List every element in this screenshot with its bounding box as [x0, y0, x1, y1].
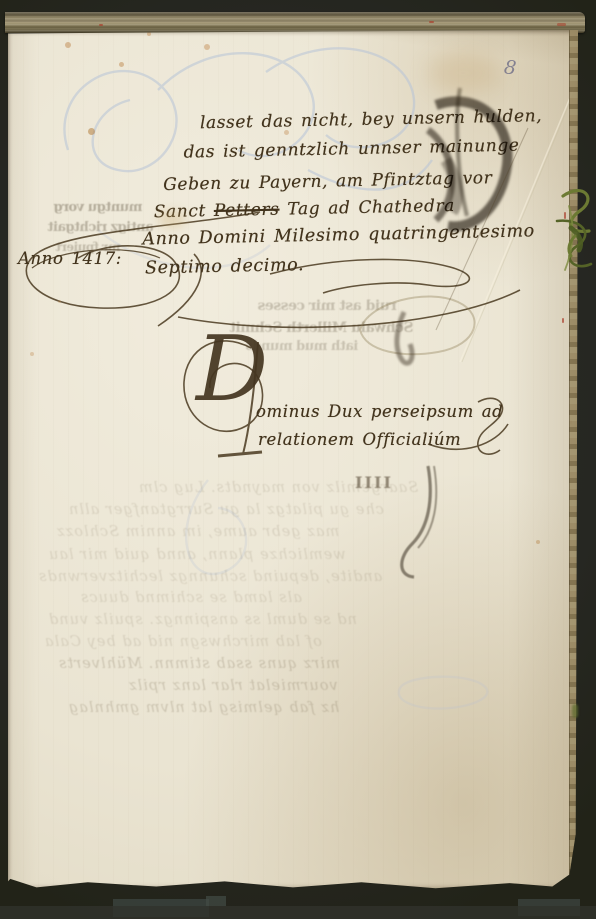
foxing-spot: [65, 42, 71, 48]
paper-stain: [428, 52, 498, 94]
book-top-edge: [5, 12, 585, 33]
foxing-spot: [284, 130, 289, 135]
foxing-spot: [88, 128, 95, 135]
scan-artifact: [0, 906, 596, 919]
ribbon-fray: [572, 704, 578, 718]
red-edge-speck: [562, 318, 564, 323]
foxing-spot: [147, 32, 151, 36]
ink-smudge: [8, 30, 578, 890]
page-number: 8: [503, 56, 518, 79]
foxing-spot: [204, 44, 210, 50]
page-edges-texture: [5, 12, 585, 33]
foxing-spot: [536, 540, 540, 544]
page-fore-edge: [569, 30, 578, 890]
red-edge-speck: [557, 23, 566, 26]
paper-stain: [158, 210, 186, 228]
bookmark-ribbon: [545, 176, 596, 294]
foxing-spot: [30, 352, 34, 356]
manuscript-page: muntgu vorg antigz richtgait mr fpuiert …: [8, 30, 578, 890]
red-edge-speck: [429, 21, 434, 23]
red-edge-speck: [99, 24, 103, 26]
foxing-spot: [119, 62, 124, 67]
foxing-spot: [58, 300, 61, 303]
manuscript-scan: muntgu vorg antigz richtgait mr fpuiert …: [0, 0, 596, 919]
scan-artifact: [206, 896, 226, 906]
